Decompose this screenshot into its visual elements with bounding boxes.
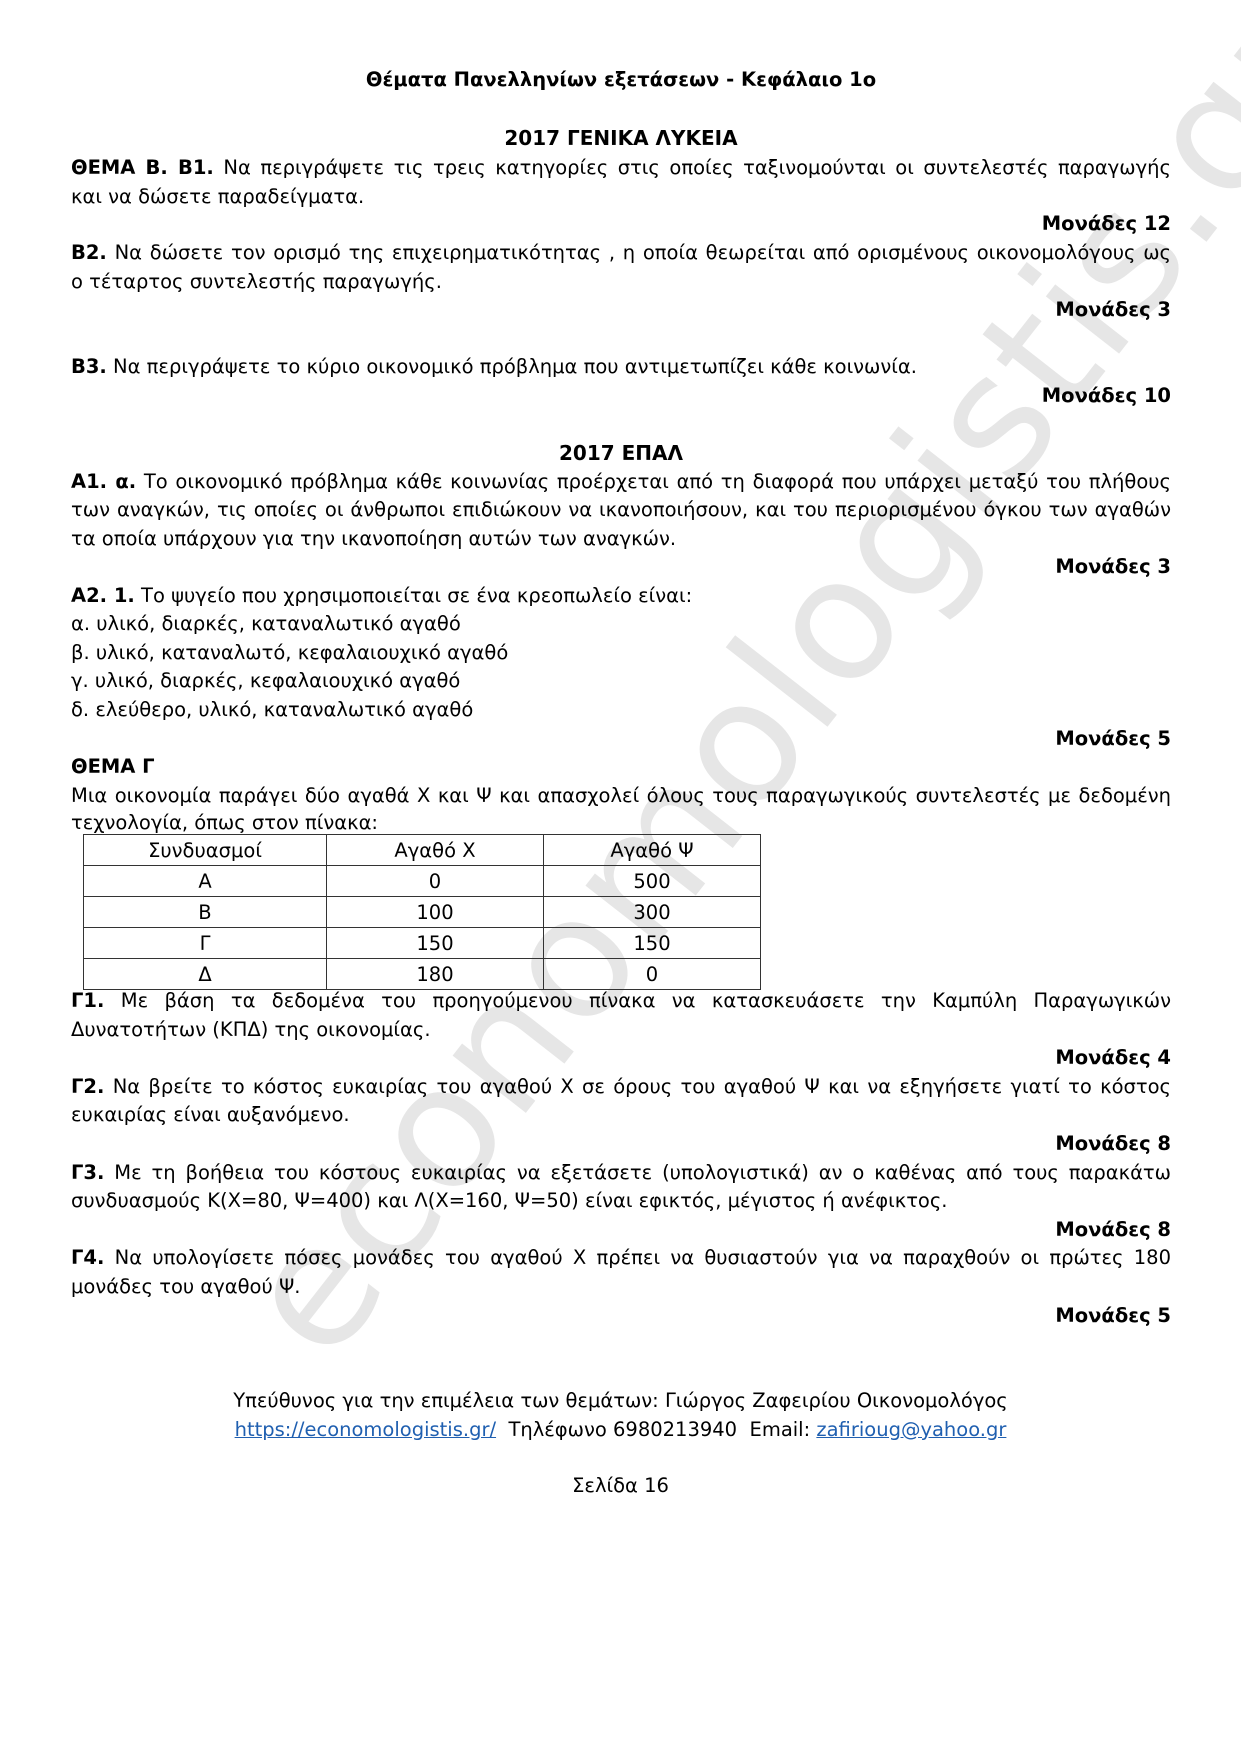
question-label: Β2. bbox=[71, 241, 107, 264]
table-cell: Α bbox=[84, 866, 327, 897]
question-label: Γ1. bbox=[71, 989, 104, 1012]
question-g4: Γ4. Να υπολογίσετε πόσες μονάδες του αγα… bbox=[71, 1242, 1171, 1274]
question-text: Να υπολογίσετε πόσες μονάδες του αγαθού … bbox=[104, 1246, 1171, 1269]
marks-g1: Μονάδες 4 bbox=[71, 1042, 1171, 1074]
question-g4-cont: μονάδες του αγαθού Ψ. bbox=[71, 1271, 1171, 1303]
document-page: economologistis.gr Θέματα Πανελληνίων εξ… bbox=[0, 0, 1241, 1755]
question-label: Β3. bbox=[71, 355, 107, 378]
section-title-epal: 2017 ΕΠΑΛ bbox=[71, 437, 1171, 469]
marks-g2: Μονάδες 8 bbox=[71, 1128, 1171, 1160]
table-cell: 100 bbox=[327, 897, 544, 928]
question-label: ΘΕΜΑ Β. Β1. bbox=[71, 156, 214, 179]
question-label: Α1. α. bbox=[71, 470, 136, 493]
email-label: Email: bbox=[750, 1418, 811, 1441]
marks-g4: Μονάδες 5 bbox=[71, 1300, 1171, 1332]
question-b2: Β2. Να δώσετε τον ορισμό της επιχειρηματ… bbox=[71, 237, 1171, 269]
question-label: Γ4. bbox=[71, 1246, 104, 1269]
question-b3: Β3. Να περιγράψετε το κύριο οικονομικό π… bbox=[71, 351, 1171, 383]
option-a: α. υλικό, διαρκές, καταναλωτικό αγαθό bbox=[71, 608, 1171, 640]
question-label: Α2. 1. bbox=[71, 584, 135, 607]
table-header-row: ΣυνδυασμοίΑγαθό ΧΑγαθό Ψ bbox=[84, 835, 761, 866]
section-title-geniko: 2017 ΓΕΝΙΚΑ ΛΥΚΕΙΑ bbox=[71, 122, 1171, 154]
footer-contact: https://economologistis.gr/ Τηλέφωνο 698… bbox=[0, 1418, 1241, 1441]
column-header: Αγαθό Χ bbox=[327, 835, 544, 866]
table-cell: Β bbox=[84, 897, 327, 928]
question-text: Το οικονομικό πρόβλημα κάθε κοινωνίας πρ… bbox=[136, 470, 1171, 493]
table-row: Γ150150 bbox=[84, 928, 761, 959]
column-header: Συνδυασμοί bbox=[84, 835, 327, 866]
question-text: Να περιγράψετε τις τρεις κατηγορίες στις… bbox=[214, 156, 1171, 179]
phone-text: Τηλέφωνο 6980213940 bbox=[508, 1418, 737, 1441]
page-number: Σελίδα 16 bbox=[0, 1474, 1241, 1497]
question-text: Να βρείτε το κόστος ευκαιρίας του αγαθού… bbox=[104, 1075, 1171, 1098]
footer-editor: Υπεύθυνος για την επιμέλεια των θεμάτων:… bbox=[0, 1389, 1241, 1412]
question-label: Γ2. bbox=[71, 1075, 104, 1098]
table-cell: 300 bbox=[544, 897, 761, 928]
marks-b2: Μονάδες 3 bbox=[71, 294, 1171, 326]
question-g1: Γ1. Με βάση τα δεδομένα του προηγούμενου… bbox=[71, 985, 1171, 1017]
option-d: δ. ελεύθερο, υλικό, καταναλωτικό αγαθό bbox=[71, 694, 1171, 726]
question-text: Να περιγράψετε το κύριο οικονομικό πρόβλ… bbox=[107, 355, 917, 378]
table-cell: 150 bbox=[327, 928, 544, 959]
table-row: Β100300 bbox=[84, 897, 761, 928]
question-g2-cont: ευκαιρίας είναι αυξανόμενο. bbox=[71, 1099, 1171, 1131]
email-link[interactable]: zafirioug@yahoo.gr bbox=[816, 1418, 1006, 1441]
website-link[interactable]: https://economologistis.gr/ bbox=[235, 1418, 496, 1441]
question-text: Να δώσετε τον ορισμό της επιχειρηματικότ… bbox=[107, 241, 1171, 264]
marks-b3: Μονάδες 10 bbox=[71, 380, 1171, 412]
table-cell: 150 bbox=[544, 928, 761, 959]
table-cell: Γ bbox=[84, 928, 327, 959]
question-text: Με βάση τα δεδομένα του προηγούμενου πίν… bbox=[104, 989, 1171, 1012]
production-table: ΣυνδυασμοίΑγαθό ΧΑγαθό ΨΑ0500Β100300Γ150… bbox=[83, 834, 761, 990]
option-c: γ. υλικό, διαρκές, κεφαλαιουχικό αγαθό bbox=[71, 665, 1171, 697]
page-title: Θέματα Πανελληνίων εξετάσεων - Κεφάλαιο … bbox=[71, 64, 1171, 96]
question-g3-cont: συνδυασμούς Κ(Χ=80, Ψ=400) και Λ(Χ=160, … bbox=[71, 1185, 1171, 1217]
marks-a1: Μονάδες 3 bbox=[71, 551, 1171, 583]
table-row: Α0500 bbox=[84, 866, 761, 897]
marks-b1: Μονάδες 12 bbox=[71, 208, 1171, 240]
question-text: Με τη βοήθεια του κόστους ευκαιρίας να ε… bbox=[104, 1161, 1171, 1184]
table-cell: 500 bbox=[544, 866, 761, 897]
question-a1-cont: των αναγκών, τις οποίες οι άνθρωποι επιδ… bbox=[71, 494, 1171, 526]
thema-g-title: ΘΕΜΑ Γ bbox=[71, 751, 1171, 783]
question-text: Το ψυγείο που χρησιμοποιείται σε ένα κρε… bbox=[135, 584, 692, 607]
question-label: Γ3. bbox=[71, 1161, 104, 1184]
table-cell: 0 bbox=[327, 866, 544, 897]
column-header: Αγαθό Ψ bbox=[544, 835, 761, 866]
question-b1: ΘΕΜΑ Β. Β1. Να περιγράψετε τις τρεις κατ… bbox=[71, 152, 1171, 184]
